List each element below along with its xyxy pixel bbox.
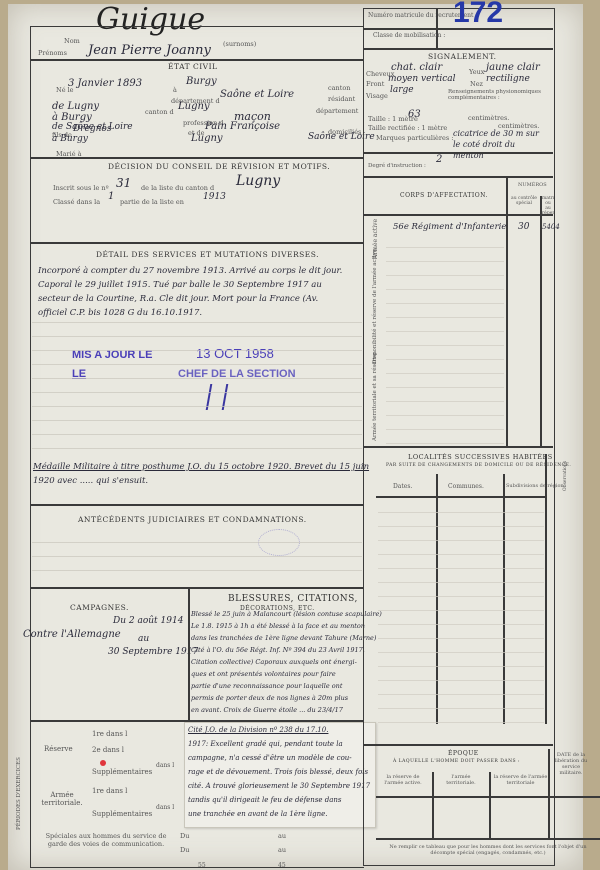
nez-value: rectiligne bbox=[486, 74, 530, 84]
epoque-note: Ne remplir ce tableau que pour les homme… bbox=[388, 844, 588, 856]
localites-title: LOCALITÉS SUCCESSIVES HABITÉES bbox=[408, 453, 553, 461]
campagne-lieu: Contre l'Allemagne bbox=[23, 629, 121, 640]
citation-line: une tranchée en avant de la 1ère ligne. bbox=[188, 810, 328, 818]
ruled-lines bbox=[386, 234, 504, 444]
citation-line: cité. A trouvé glorieusement le 30 Septe… bbox=[188, 782, 370, 790]
signalement-title: SIGNALEMENT. bbox=[428, 52, 497, 61]
ruled-lines bbox=[32, 529, 362, 584]
citation-line: 1917: Excellent gradé qui, pendant toute… bbox=[188, 740, 343, 748]
front-value: moyen vertical bbox=[388, 74, 456, 84]
lieu-naissance: Burgy bbox=[186, 76, 217, 87]
pere: Dregnos bbox=[73, 124, 111, 134]
date-naissance: 3 Janvier 1893 bbox=[68, 78, 142, 89]
inscrit-numero: 31 bbox=[116, 176, 131, 190]
corps-affectation-header: CORPS D'AFFECTATION. bbox=[400, 192, 488, 199]
blessures-line: Le 1.8. 1915 à 1h a été blessé à la face… bbox=[191, 622, 365, 630]
taille-value: 63 bbox=[408, 109, 421, 120]
periodes-vertical-label: PÉRIODES D'EXERCICES bbox=[16, 734, 22, 854]
citation-line: tandis qu'il dirigeait le feu de défense… bbox=[188, 796, 342, 804]
services-line: Caporal le 29 juillet 1915. Tué par ball… bbox=[38, 280, 322, 290]
departement-naissance: Saône et Loire bbox=[220, 89, 294, 100]
decision-title: DÉCISION DU CONSEIL DE RÉVISION ET MOTIF… bbox=[108, 162, 330, 171]
ruled-lines bbox=[378, 499, 544, 724]
services-line: Incorporé à compter du 27 novembre 1913.… bbox=[38, 266, 342, 276]
prenoms-label: Prénoms bbox=[38, 49, 67, 57]
affectation-num2: 5404 bbox=[542, 223, 560, 231]
medaille-line: Médaille Militaire à titre posthume J.O.… bbox=[33, 462, 369, 472]
services-title: DÉTAIL DES SERVICES ET MUTATIONS DIVERSE… bbox=[96, 250, 319, 259]
etat-civil-title: ÉTAT CIVIL bbox=[168, 62, 218, 71]
blessures-line: partie d'une reconnaissance pour laquell… bbox=[191, 682, 342, 690]
decision-canton: Lugny bbox=[236, 173, 280, 189]
marques-value: cicatrice de 30 m sur le coté droit du m… bbox=[453, 128, 548, 161]
antecedents-title: ANTÉCÉDENTS JUDICIAIRES ET CONDAMNATIONS… bbox=[78, 515, 307, 524]
instruction-value: 2 bbox=[436, 154, 442, 165]
blessures-line: permis de porter deux de nos lignes à 20… bbox=[191, 694, 348, 702]
yeux-value: jaune clair bbox=[486, 62, 540, 73]
residant: de Lugny bbox=[52, 101, 99, 112]
services-line: secteur de la Courtine, R.a. Cle dit jou… bbox=[38, 294, 318, 304]
affectation-entry: 56e Régiment d'Infanterie bbox=[393, 222, 506, 232]
territoriale-label: Armée territoriale et sa réserve. bbox=[372, 366, 378, 441]
campagnes-title: CAMPAGNES. bbox=[70, 603, 129, 612]
blessures-line: dans les tranchées de 1ère ligne devant … bbox=[191, 634, 376, 642]
surnoms-label: (surnoms) bbox=[223, 40, 256, 48]
citation-line: rage et de dévouement. Trois fois blessé… bbox=[188, 768, 368, 776]
blessures-title: BLESSURES, CITATIONS, bbox=[228, 594, 358, 604]
matricule-number: 172 bbox=[453, 0, 503, 30]
epoque-title: ÉPOQUE bbox=[448, 750, 479, 757]
classe-mobilisation-label: Classe de mobilisation : bbox=[373, 32, 445, 39]
medaille-line: 1920 avec ..... qui s'ensuit. bbox=[33, 476, 148, 486]
affectation-num1: 30 bbox=[518, 222, 529, 232]
citation-line: campagne, n'a cessé d'être un modèle de … bbox=[188, 754, 352, 762]
date-liberation-header: DATE de la libération du service militai… bbox=[550, 752, 592, 776]
classe-annee: 1913 bbox=[203, 192, 226, 202]
campagne-au: 30 Septembre 1917 bbox=[108, 647, 198, 657]
canton: Lugny bbox=[178, 101, 210, 112]
register-page: Guigue Nom Prénoms Jean Pierre Joanny (s… bbox=[8, 4, 583, 870]
citation-line: Cité J.O. de la Division nº 238 du 17.10… bbox=[188, 726, 328, 734]
blessures-line: en avant. Croix de Guerre étoile ... du … bbox=[191, 706, 343, 714]
prenoms-value: Jean Pierre Joanny bbox=[88, 43, 211, 58]
blessures-line: Cité à l'O. du 56e Régt. Inf. Nº 394 du … bbox=[191, 646, 365, 654]
ruled-lines bbox=[32, 309, 362, 449]
nom-label: Nom bbox=[64, 37, 80, 45]
visage-value: large bbox=[390, 85, 414, 95]
blessures-line: Blessé le 25 juin à Malancourt (lésion c… bbox=[191, 610, 382, 618]
campagne-du: Du 2 août 1914 bbox=[113, 616, 183, 626]
blessures-line: ques et ont présentés volontaires pour f… bbox=[191, 670, 336, 678]
cheveux-value: chat. clair bbox=[391, 62, 442, 73]
mere: Pain Françoise bbox=[205, 121, 280, 132]
domicile: à Burgy bbox=[52, 134, 88, 144]
blessures-line: Citation collective) Caporaux auxquels o… bbox=[191, 658, 357, 666]
speciales-label: Spéciales aux hommes du service de garde… bbox=[36, 832, 176, 848]
